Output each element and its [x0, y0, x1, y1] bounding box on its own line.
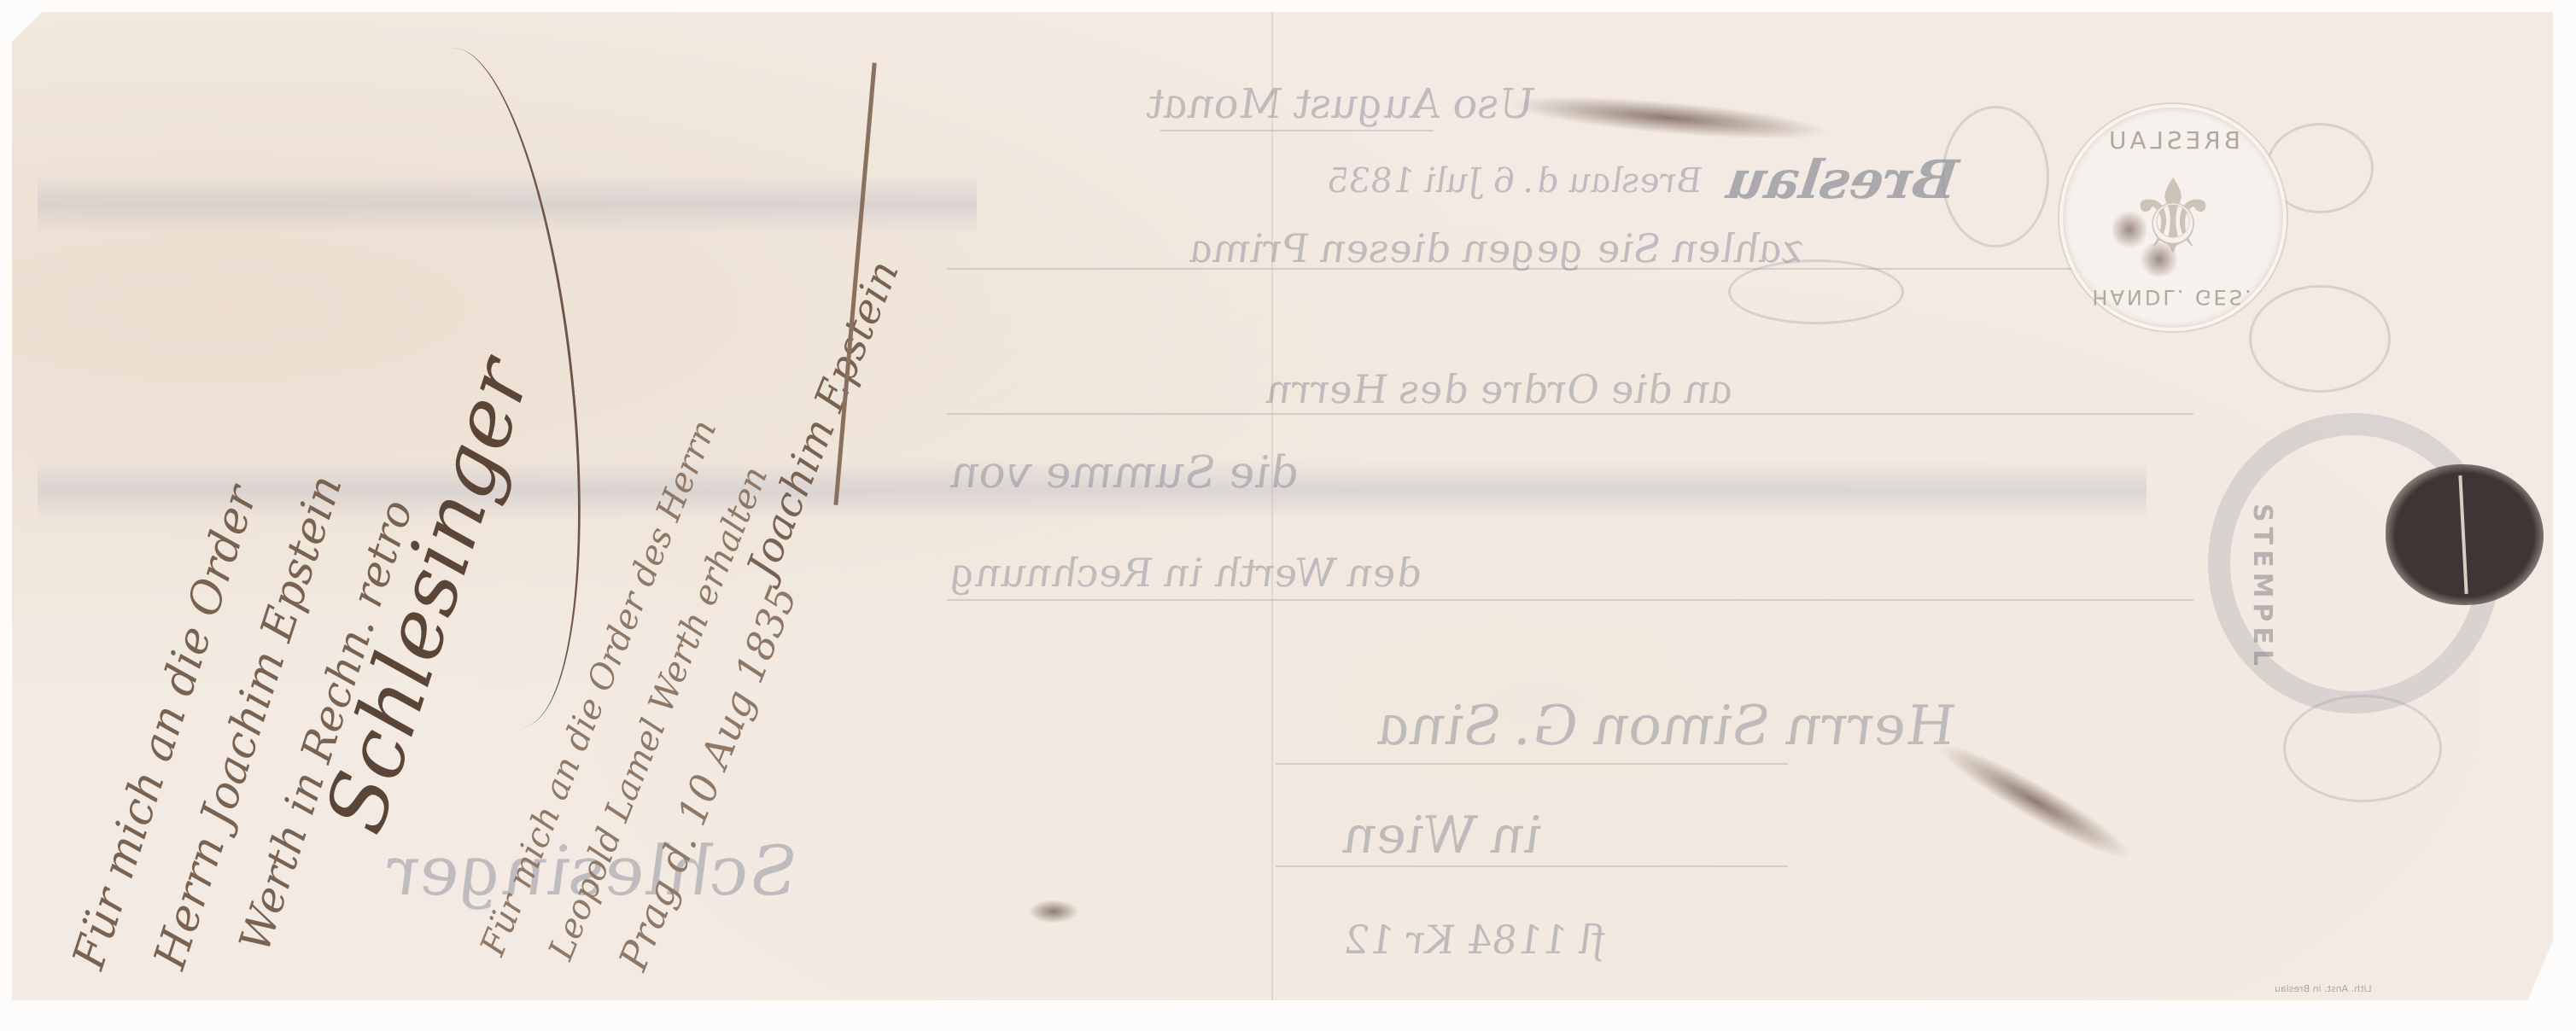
ruled-line [1276, 763, 1788, 765]
show-through-place: Breslau [1718, 149, 1967, 211]
show-through-top-line: Uso August Monat [1140, 80, 1542, 128]
flourish-ornament [1728, 259, 1904, 324]
printer-imprint: Lith. Anst. in Breslau [2275, 983, 2372, 994]
ink-stain [2138, 242, 2181, 277]
endorsement-2-signature: Joachim Epstein [738, 254, 908, 585]
show-through-drawee: Herrn Simon G. Sina [1368, 695, 1965, 758]
ruled-line [947, 413, 2193, 415]
show-through-date-line: Breslau d. 6 Juli 1835 [1321, 161, 1709, 201]
ink-smudge [1505, 88, 1831, 149]
ink-smudge [1028, 900, 1079, 923]
document-paper: Uso August Monat Breslau Breslau d. 6 Ju… [12, 12, 2553, 1000]
ruled-line [947, 599, 2193, 601]
show-through-line-3: an die Ordre des Herrn [1259, 366, 1741, 412]
show-through-amount: fl 1184 Kr 12 [1336, 917, 1613, 963]
paper-fold [1271, 12, 1273, 1000]
show-through-line-4: die Summe von [943, 447, 1306, 498]
embossed-seal: BRESLAU ⚜ HANDL. GES. [2059, 104, 2287, 331]
ruled-line [1276, 865, 1788, 867]
black-ink-seal [2386, 464, 2544, 605]
tax-stamp-text: STEMPEL [2247, 504, 2277, 671]
ink-stain [2112, 208, 2147, 251]
show-through-line-5: den Werth in Rechnung [943, 550, 1428, 596]
flourish-ornament [1942, 106, 2049, 248]
embossed-seal-bottom-text: HANDL. GES. [2063, 285, 2283, 309]
show-through-drawee-city: in Wien [1335, 806, 1551, 865]
show-through-line-2: zahlen Sie gegen diesen Prima [1183, 225, 1811, 271]
embossed-seal-top-text: BRESLAU [2063, 126, 2283, 154]
ruled-line [1160, 130, 1434, 131]
ink-smudge [1931, 731, 2140, 872]
